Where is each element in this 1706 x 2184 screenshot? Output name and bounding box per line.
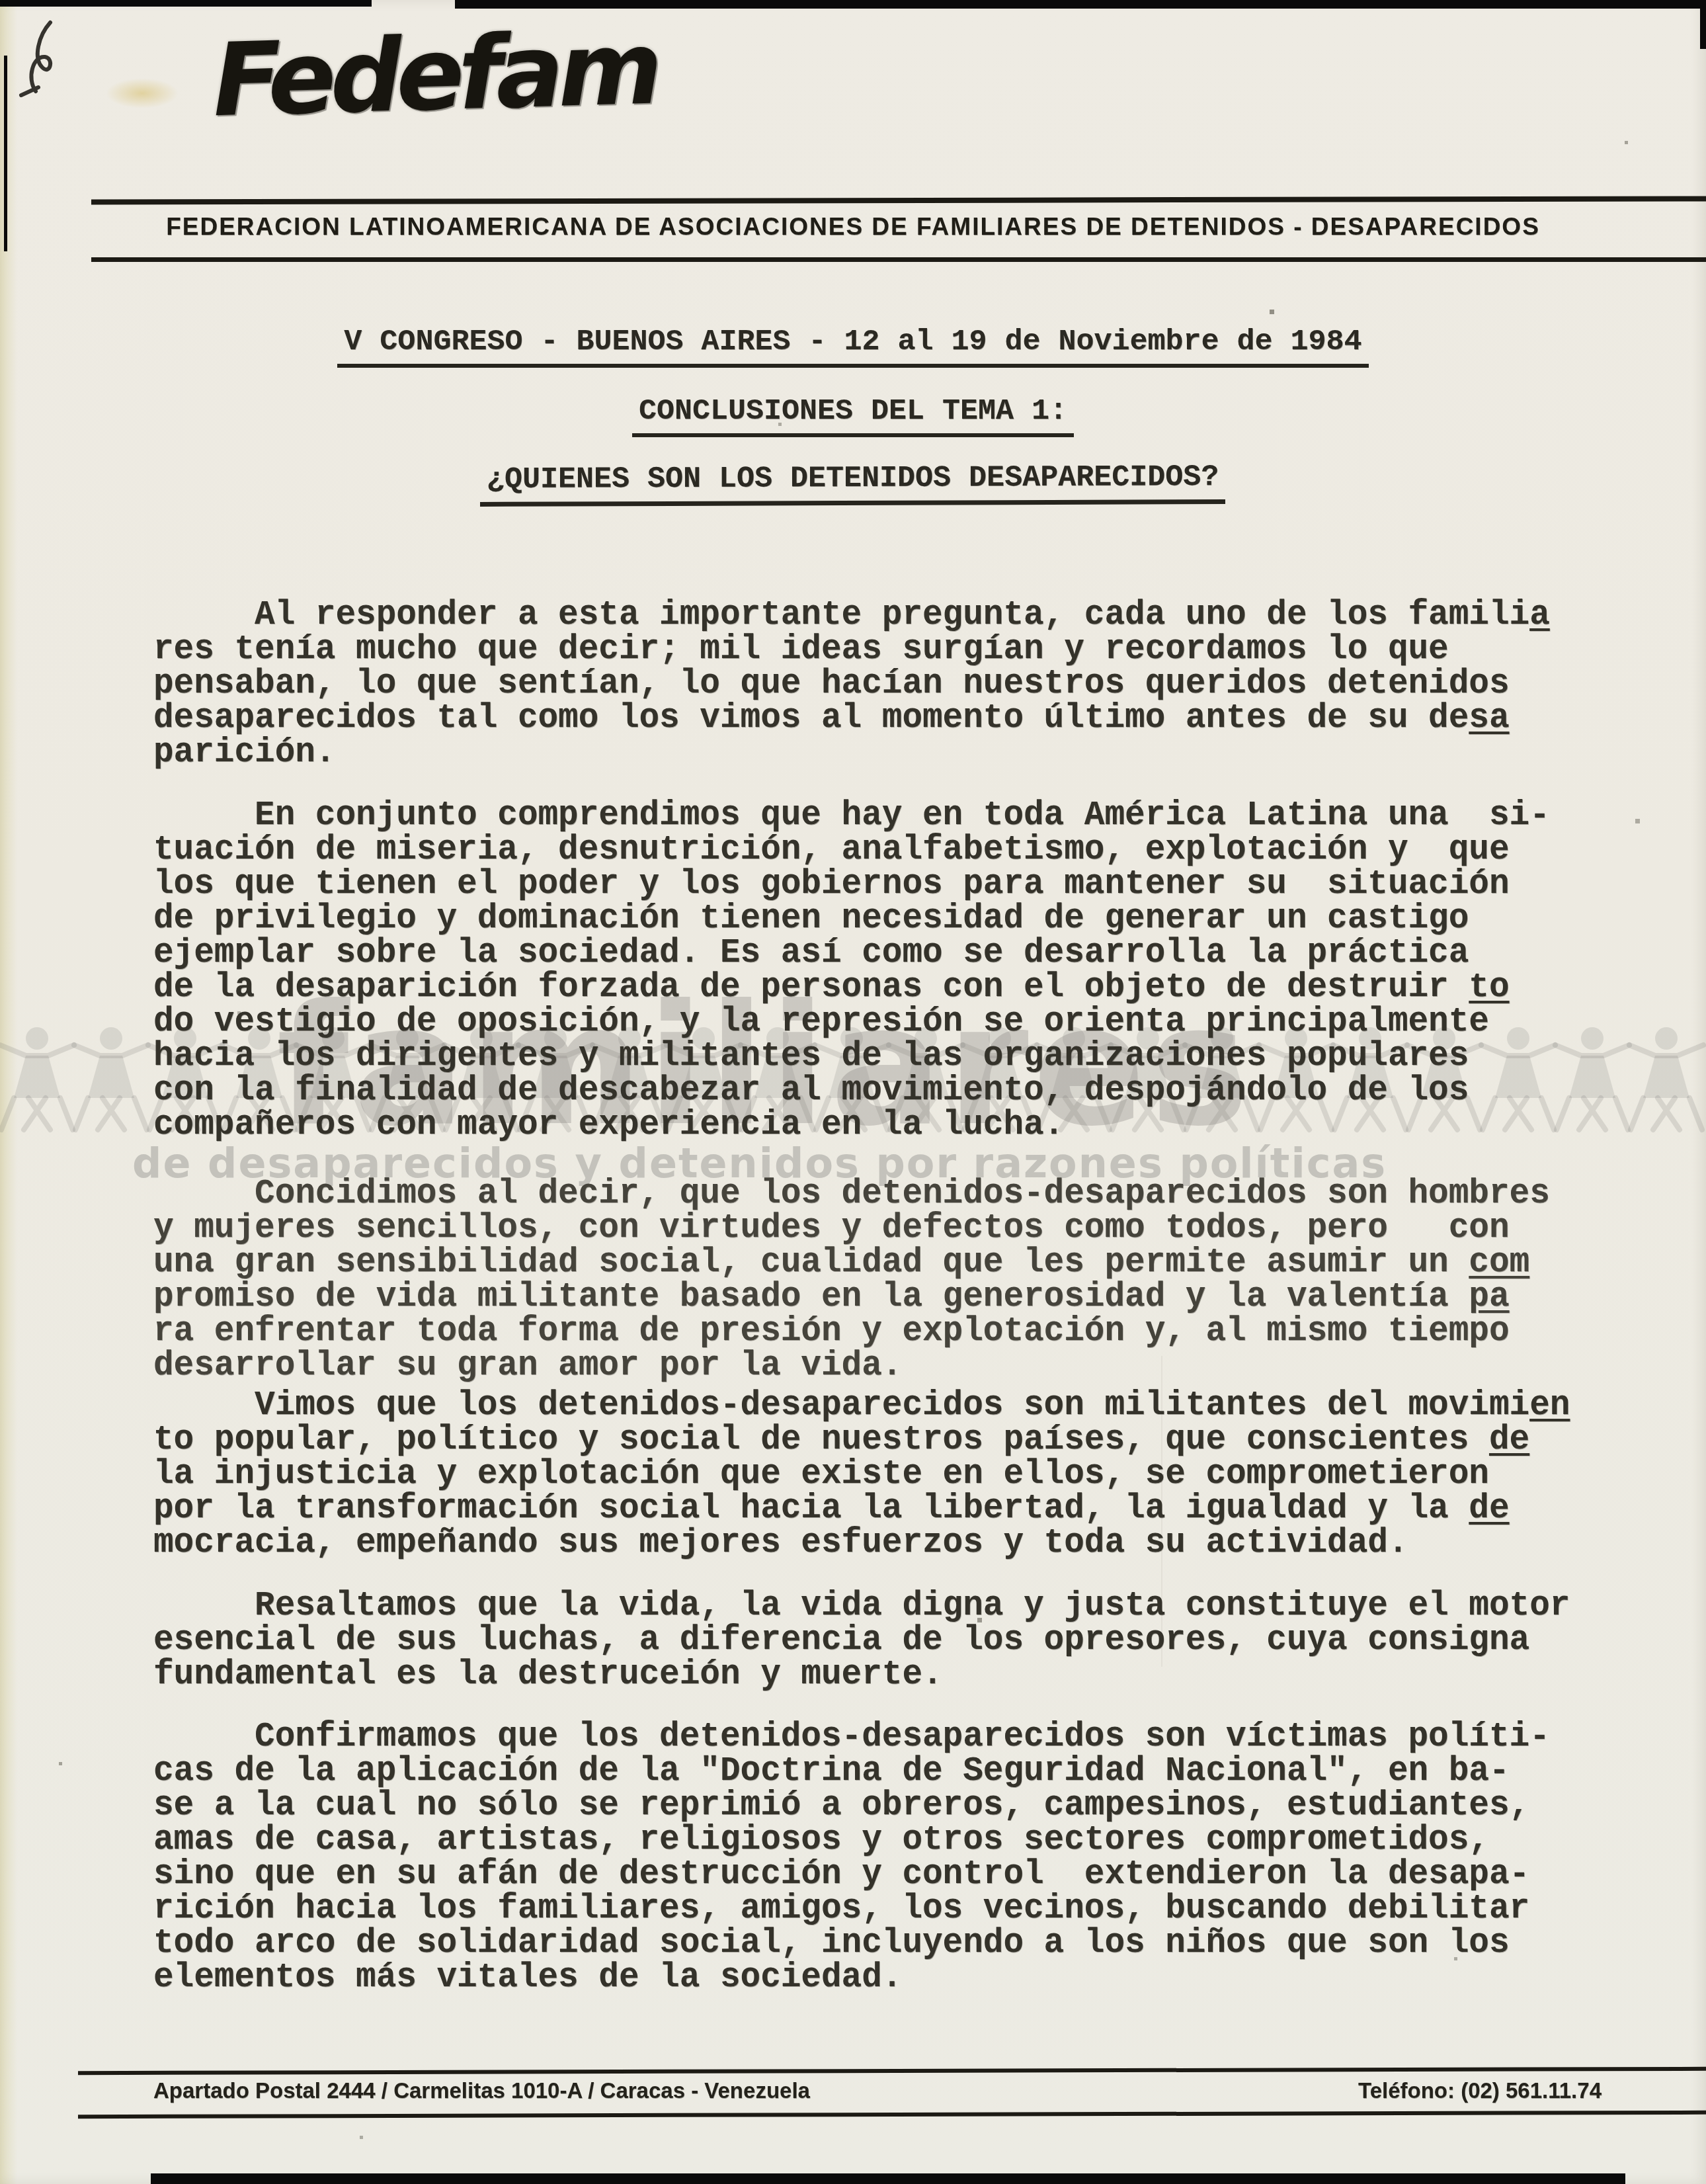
scan-edge-bar-top-right [455,0,1706,9]
paragraph-6: Confirmamos que los detenidos-desapareci… [153,1720,1550,1995]
paragraph-4: Vimos que los detenidos-desaparecidos so… [153,1389,1570,1561]
scan-edge-bar-top-left [0,0,372,7]
section-title: CONCLUSIONES DEL TEMA 1: [632,395,1074,437]
congress-title: V CONGRESO - BUENOS AIRES - 12 al 19 de … [337,325,1368,368]
paragraph-3: Concidimos al decir, que los detenidos-d… [153,1177,1550,1384]
footer-rule-bottom [78,2111,1706,2119]
fedefam-logo: Fedefam [212,19,658,131]
question-title-row: ¿QUIENES SON LOS DETENIDOS DESAPARECIDOS… [0,462,1706,505]
footer-rule-top [78,2067,1706,2075]
header-rule-top [91,196,1706,204]
section-title-row: CONCLUSIONES DEL TEMA 1: [0,395,1706,437]
footer-address: Apartado Postal 2444 / Carmelitas 1010-A… [153,2078,810,2103]
paragraph-5: Resaltamos que la vida, la vida digna y … [153,1589,1570,1693]
footer: Apartado Postal 2444 / Carmelitas 1010-A… [153,2078,1602,2103]
scanned-document-page: Fedefam FEDERACION LATINOAMERICANA DE AS… [0,0,1706,2184]
congress-title-row: V CONGRESO - BUENOS AIRES - 12 al 19 de … [0,325,1706,368]
handwritten-pen-mark [12,17,98,116]
footer-phone: Teléfono: (02) 561.11.74 [1358,2078,1602,2103]
scan-edge-bar-bottom [151,2173,1625,2184]
header-caption: FEDERACION LATINOAMERICANA DE ASOCIACION… [93,213,1613,241]
paragraph-2: En conjunto comprendimos que hay en toda… [153,799,1550,1143]
paragraph-1: Al responder a esta importante pregunta,… [153,599,1550,771]
scan-edge-line-left [4,56,7,251]
paper-stain [106,78,179,108]
header-rule-bottom [91,257,1706,262]
scan-edge-stripe-right [1700,0,1706,49]
question-title: ¿QUIENES SON LOS DETENIDOS DESAPARECIDOS… [480,461,1225,507]
